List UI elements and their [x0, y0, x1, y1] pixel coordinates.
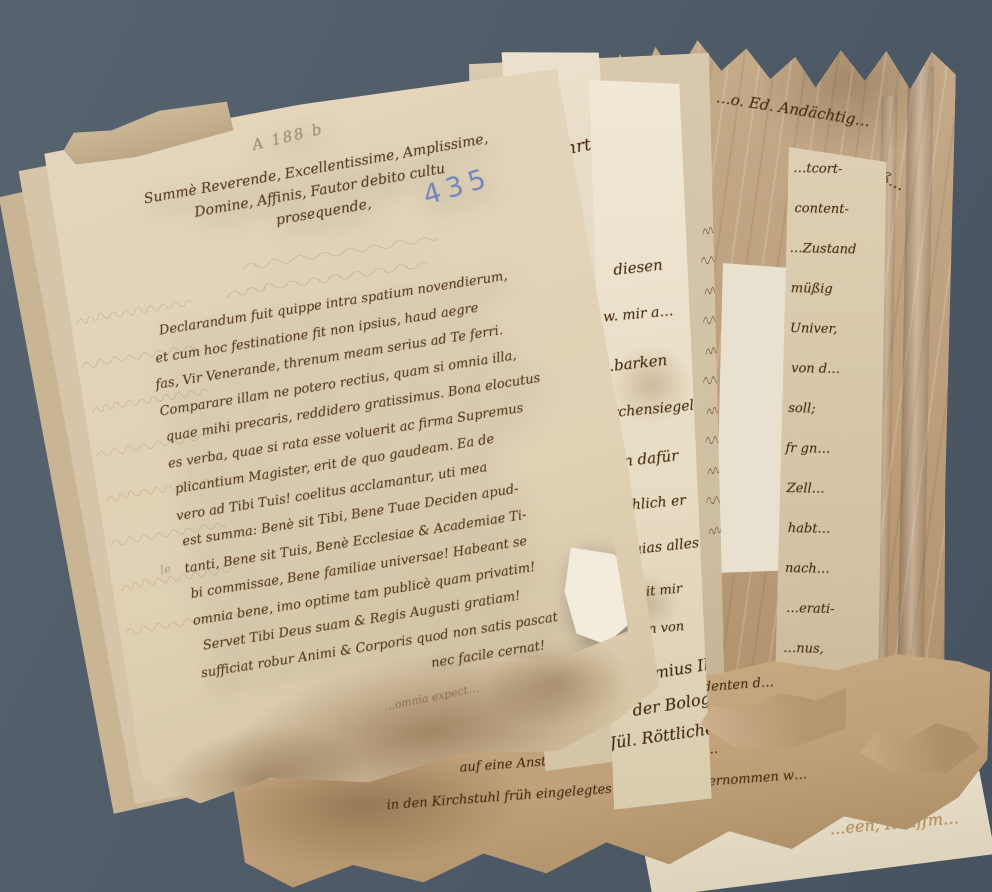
script-fragment: content-: [794, 201, 849, 217]
script-fragment: Zell…: [786, 481, 824, 497]
script-fragment: …tcort-: [793, 161, 842, 177]
archival-pencil-mark: A 188 b: [250, 120, 325, 154]
script-fragment: nach…: [785, 561, 830, 577]
german-line: in den Kirchstuhl früh eingelegtes Zedde…: [386, 767, 807, 813]
photograph-of-letter-stack: …hrter, …o. Ed. Andächtig… …Pfeß… …tcort…: [0, 0, 992, 892]
script-fragment: …nus,: [783, 641, 824, 657]
latin-body-block: Declarandum fuit quippe intra spatium no…: [145, 257, 610, 713]
strip-column-word: diesen: [612, 256, 663, 279]
script-fragment: müßig: [791, 281, 833, 297]
script-fragment: …erati-: [786, 601, 835, 617]
script-fragment: Univer,: [790, 321, 838, 337]
script-fragment: fr gn…: [785, 441, 830, 457]
script-fragment: soll;: [788, 401, 816, 417]
script-fragment: …Zustand: [790, 241, 857, 257]
strip-column-word: w. mir a…: [602, 303, 674, 325]
script-fragment: von d…: [791, 361, 840, 377]
script-fragment: habt…: [788, 521, 831, 537]
stain-line-text: …omnia expect…: [383, 682, 480, 714]
